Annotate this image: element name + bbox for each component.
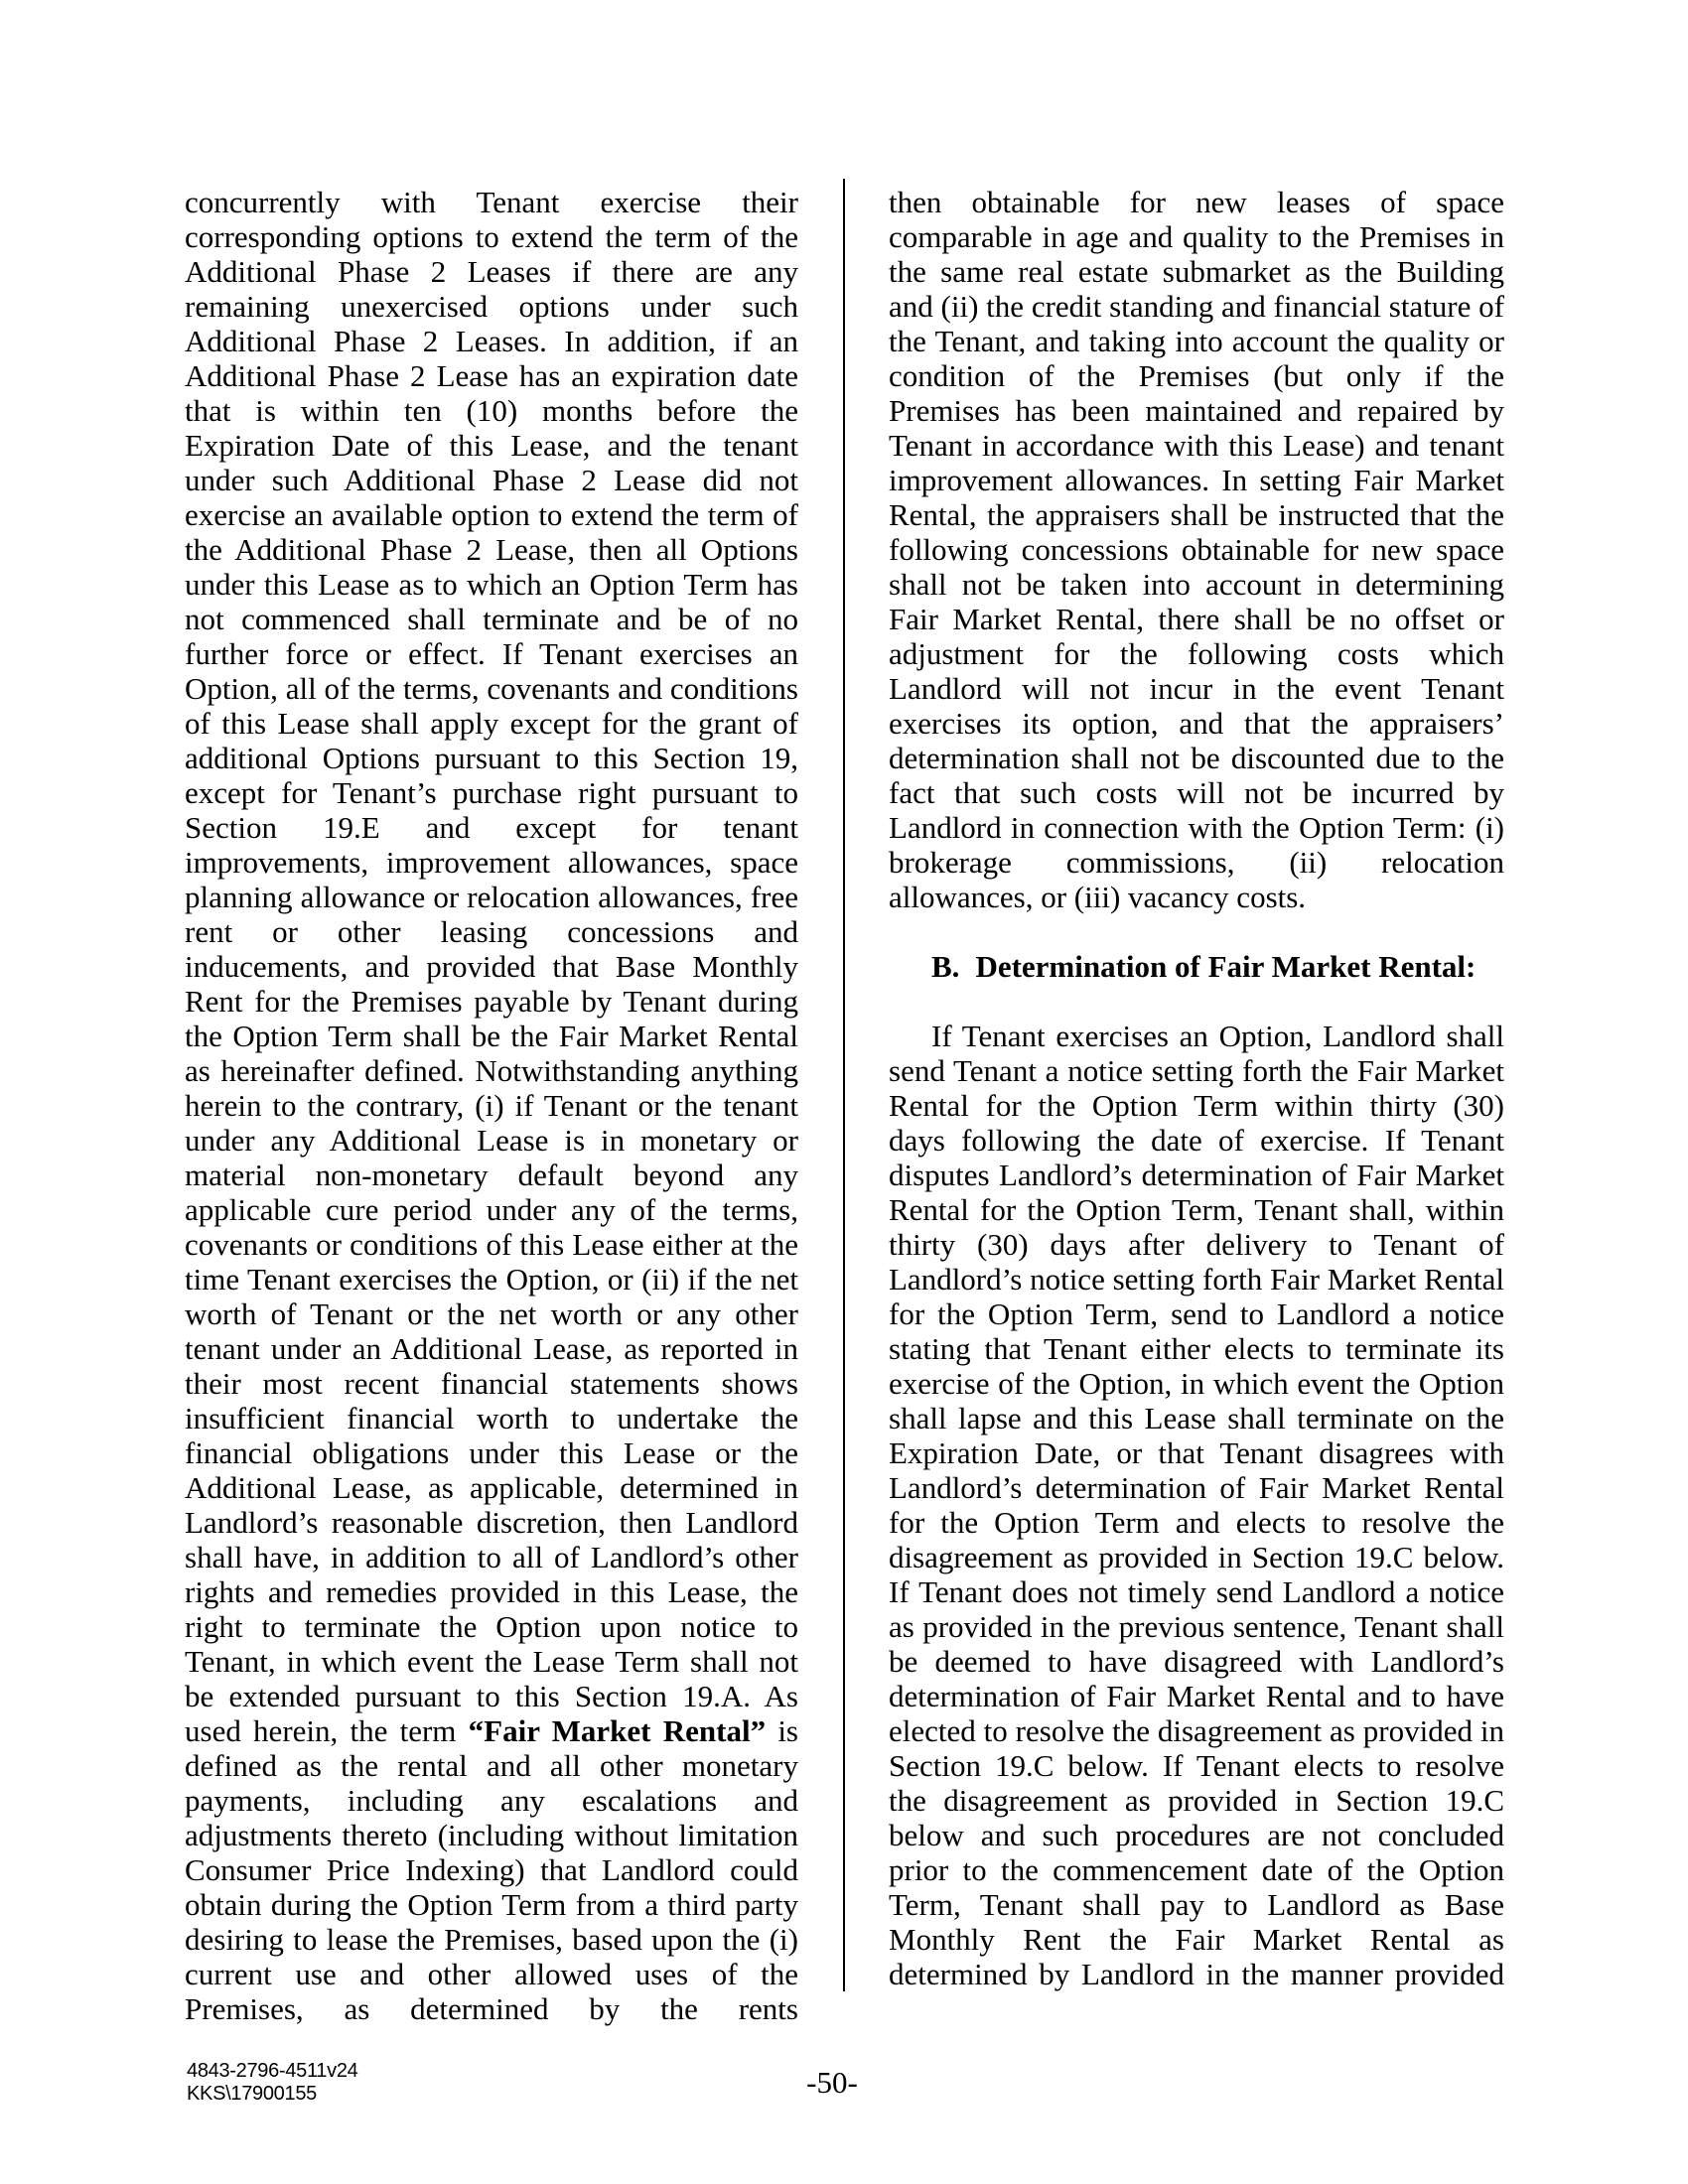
left-column-paragraph: concurrently with Tenant exercise their … <box>185 185 798 2026</box>
document-number: 4843-2796-4511v24 <box>187 2060 357 2083</box>
document-footer: 4843-2796-4511v24 KKS\17900155 <box>187 2060 357 2106</box>
right-column-paragraph-2: If Tenant exercises an Option, Landlord … <box>889 1019 1504 1991</box>
document-page: concurrently with Tenant exercise their … <box>0 0 1688 2184</box>
left-column: concurrently with Tenant exercise their … <box>185 185 798 2026</box>
page-number: -50- <box>806 2065 858 2101</box>
paragraph-text-after-term: is defined as the rental and all other m… <box>185 1713 798 2026</box>
section-letter: B. <box>931 949 959 984</box>
section-title: Determination of Fair Market Rental: <box>975 949 1476 984</box>
right-column: then obtainable for new leases of space … <box>889 185 1504 1991</box>
column-divider-rule <box>843 179 845 1991</box>
defined-term-fair-market-rental: “Fair Market Rental” <box>469 1713 766 1748</box>
file-reference-number: KKS\17900155 <box>187 2083 357 2106</box>
paragraph-text-before-term: concurrently with Tenant exercise their … <box>185 185 798 1748</box>
right-column-paragraph-1: then obtainable for new leases of space … <box>889 185 1504 914</box>
section-heading: B.Determination of Fair Market Rental: <box>889 949 1504 984</box>
